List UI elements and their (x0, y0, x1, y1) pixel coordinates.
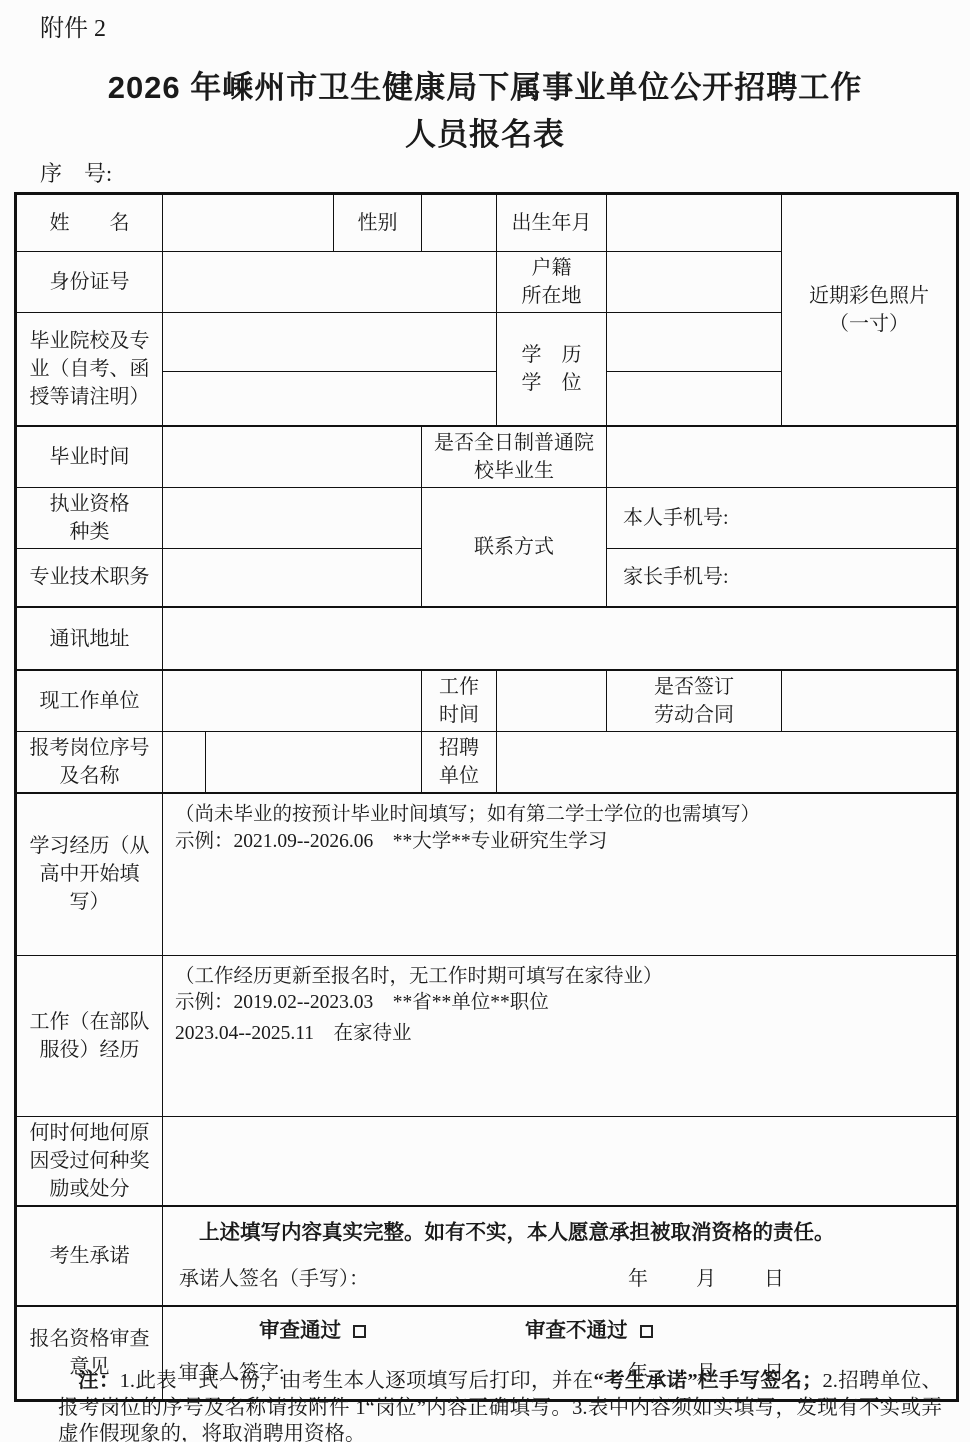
application-form-page: 附件 2 2026 年嵊州市卫生健康局下属事业单位公开招聘工作 人员报名表 序 … (0, 0, 970, 1442)
pledge-sign-label: 承诺人签名（手写）： (179, 1265, 369, 1293)
id-number-field[interactable] (163, 252, 497, 313)
fulltime-graduate-field[interactable] (607, 426, 958, 488)
pledge-cell[interactable]: 上述填写内容真实完整。如有不实，本人愿意承担被取消资格的责任。 承诺人签名（手写… (163, 1206, 958, 1306)
contact-label: 联系方式 (422, 487, 607, 607)
table-row: 通讯地址 (16, 607, 958, 670)
application-form-table: 姓 名 性别 出生年月 近期彩色照片 （一寸） 身份证号 户籍 所在地 毕业院校… (14, 192, 959, 1402)
gender-field[interactable] (422, 194, 497, 252)
education-level-field[interactable] (607, 313, 782, 372)
fulltime-graduate-label: 是否全日制普通院 校毕业生 (422, 426, 607, 488)
graduation-time-field[interactable] (163, 426, 422, 488)
gender-label: 性别 (334, 194, 422, 252)
table-row: 现工作单位 工作 时间 是否签订 劳动合同 (16, 670, 958, 732)
residence-label: 户籍 所在地 (497, 252, 607, 313)
recruit-unit-field[interactable] (497, 732, 958, 794)
position-label: 报考岗位序号 及名称 (16, 732, 163, 794)
birthdate-field[interactable] (607, 194, 782, 252)
review-pass-label: 审查通过 (259, 1320, 341, 1342)
notes-segment-1: 1.此表一式一份，由考生本人逐项填写后打印，并在 (120, 1370, 594, 1392)
review-fail-option: 审查不通过 (525, 1317, 653, 1346)
professional-title-field[interactable] (163, 548, 422, 607)
footer-notes: 注：1.此表一式一份，由考生本人逐项填写后打印，并在“考生承诺”栏手写签名；2.… (58, 1368, 942, 1442)
education-history-hint2: 示例：2021.09--2026.06 **大学**专业研究生学习 (175, 829, 946, 856)
school-major-label: 毕业院校及专 业（自考、函 授等请注明） (16, 313, 163, 426)
contract-field[interactable] (782, 670, 958, 732)
work-history-field[interactable]: （工作经历更新至报名时，无工作时期可填写在家待业） 示例：2019.02--20… (163, 955, 958, 1116)
table-row: 学习经历（从 高中开始填 写） （尚未毕业的按预计毕业时间填写；如有第二学士学位… (16, 793, 958, 955)
page-title-line2: 人员报名表 (0, 111, 970, 158)
work-time-field[interactable] (497, 670, 607, 732)
name-label: 姓 名 (16, 194, 163, 252)
recruit-unit-label: 招聘 单位 (422, 732, 497, 794)
photo-box: 近期彩色照片 （一寸） (782, 194, 958, 426)
name-field[interactable] (163, 194, 334, 252)
work-history-label: 工作（在部队 服役）经历 (16, 955, 163, 1116)
professional-title-label: 专业技术职务 (16, 548, 163, 607)
qualification-type-field[interactable] (163, 487, 422, 548)
review-fail-label: 审查不通过 (525, 1320, 628, 1342)
position-no-field[interactable] (163, 732, 206, 794)
attachment-label: 附件 2 (40, 8, 106, 43)
pledge-statement: 上述填写内容真实完整。如有不实，本人愿意承担被取消资格的责任。 (199, 1219, 835, 1248)
id-number-label: 身份证号 (16, 252, 163, 313)
table-row: 报考岗位序号 及名称 招聘 单位 (16, 732, 958, 794)
review-pass-checkbox[interactable] (353, 1325, 366, 1338)
page-title-line1: 2026 年嵊州市卫生健康局下属事业单位公开招聘工作 (0, 64, 970, 111)
birthdate-label: 出生年月 (497, 194, 607, 252)
work-history-hint3: 2023.04--2025.11 在家待业 (175, 1021, 946, 1048)
page-title: 2026 年嵊州市卫生健康局下属事业单位公开招聘工作 人员报名表 (0, 64, 970, 158)
employer-label: 现工作单位 (16, 670, 163, 732)
award-punishment-label: 何时何地何原 因受过何种奖 励或处分 (16, 1116, 163, 1206)
education-history-field[interactable]: （尚未毕业的按预计毕业时间填写；如有第二学士学位的也需填写） 示例：2021.0… (163, 793, 958, 955)
parent-phone-field[interactable]: 家长手机号: (607, 548, 958, 607)
table-row: 考生承诺 上述填写内容真实完整。如有不实，本人愿意承担被取消资格的责任。 承诺人… (16, 1206, 958, 1306)
contract-label: 是否签订 劳动合同 (607, 670, 782, 732)
notes-bold-segment: “考生承诺”栏手写签名； (593, 1370, 822, 1392)
employer-field[interactable] (163, 670, 422, 732)
school-major-field-2[interactable] (163, 372, 497, 426)
qualification-type-label: 执业资格 种类 (16, 487, 163, 548)
residence-field[interactable] (607, 252, 782, 313)
degree-label: 学 历 学 位 (497, 313, 607, 426)
award-punishment-field[interactable] (163, 1116, 958, 1206)
review-fail-checkbox[interactable] (640, 1325, 653, 1338)
table-row: 工作（在部队 服役）经历 （工作经历更新至报名时，无工作时期可填写在家待业） 示… (16, 955, 958, 1116)
address-label: 通讯地址 (16, 607, 163, 670)
self-phone-field[interactable]: 本人手机号: (607, 487, 958, 548)
notes-prefix: 注： (78, 1370, 120, 1392)
education-history-hint1: （尚未毕业的按预计毕业时间填写；如有第二学士学位的也需填写） (175, 802, 946, 829)
school-major-field-1[interactable] (163, 313, 497, 372)
table-row: 姓 名 性别 出生年月 近期彩色照片 （一寸） (16, 194, 958, 252)
table-row: 何时何地何原 因受过何种奖 励或处分 (16, 1116, 958, 1206)
address-field[interactable] (163, 607, 958, 670)
review-pass-option: 审查通过 (259, 1317, 366, 1346)
pledge-label: 考生承诺 (16, 1206, 163, 1306)
serial-number-label: 序 号: (40, 157, 112, 188)
work-history-hint1: （工作经历更新至报名时，无工作时期可填写在家待业） (175, 964, 946, 991)
pledge-date-label: 年 月 日 (628, 1265, 798, 1293)
graduation-time-label: 毕业时间 (16, 426, 163, 488)
position-name-field[interactable] (206, 732, 422, 794)
degree-field[interactable] (607, 372, 782, 426)
education-history-label: 学习经历（从 高中开始填 写） (16, 793, 163, 955)
table-row: 执业资格 种类 联系方式 本人手机号: (16, 487, 958, 548)
work-time-label: 工作 时间 (422, 670, 497, 732)
table-row: 毕业时间 是否全日制普通院 校毕业生 (16, 426, 958, 488)
work-history-hint2: 示例：2019.02--2023.03 **省**单位**职位 (175, 990, 946, 1017)
